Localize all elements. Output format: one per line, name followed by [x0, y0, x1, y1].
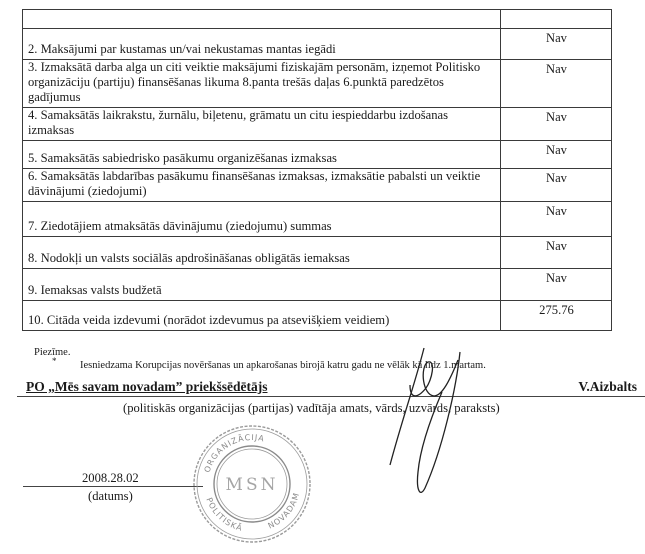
expense-amount: Nav — [501, 169, 612, 202]
expense-category: 3. Izmaksātā darba alga un citi veiktie … — [23, 60, 501, 108]
expense-category — [23, 10, 501, 29]
expense-category: 7. Ziedotājiem atmaksātās dāvinājumu (zi… — [23, 202, 501, 237]
expense-amount: 275.76 — [501, 301, 612, 331]
date-line — [23, 486, 203, 487]
expense-category: 10. Citāda veida izdevumi (norādot izdev… — [23, 301, 501, 331]
stamp-seal-icon: ORGANIZĀCIJA POLITISKĀ NOVADAM MSN — [190, 422, 315, 547]
expense-category: 2. Maksājumi par kustamas un/vai nekusta… — [23, 29, 501, 60]
note-marker: * — [52, 356, 57, 366]
expense-amount: Nav — [501, 269, 612, 301]
table-row: 6. Samaksātās labdarības pasākumu finans… — [23, 169, 612, 202]
handwritten-signature-icon — [380, 340, 500, 500]
table-row: 3. Izmaksātā darba alga un citi veiktie … — [23, 60, 612, 108]
table-row — [23, 10, 612, 29]
table-row: 10. Citāda veida izdevumi (norādot izdev… — [23, 301, 612, 331]
signature-line — [17, 396, 645, 397]
svg-text:ORGANIZĀCIJA: ORGANIZĀCIJA — [203, 433, 266, 474]
expense-category: 4. Samaksātās laikrakstu, žurnālu, biļet… — [23, 108, 501, 141]
table-row: 4. Samaksātās laikrakstu, žurnālu, biļet… — [23, 108, 612, 141]
table-row: 7. Ziedotājiem atmaksātās dāvinājumu (zi… — [23, 202, 612, 237]
signatory-position: PO „Mēs savam novadam” priekšsēdētājs — [26, 379, 268, 395]
expense-amount — [501, 10, 612, 29]
expenses-table: 2. Maksājumi par kustamas un/vai nekusta… — [22, 9, 612, 331]
table-row: 5. Samaksātās sabiedrisko pasākumu organ… — [23, 141, 612, 169]
expense-category: 6. Samaksātās labdarības pasākumu finans… — [23, 169, 501, 202]
expense-category: 8. Nodokļi un valsts sociālās apdrošināš… — [23, 237, 501, 269]
expense-amount: Nav — [501, 237, 612, 269]
table-row: 8. Nodokļi un valsts sociālās apdrošināš… — [23, 237, 612, 269]
expense-amount: Nav — [501, 60, 612, 108]
expense-category: 5. Samaksātās sabiedrisko pasākumu organ… — [23, 141, 501, 169]
svg-text:NOVADAM: NOVADAM — [267, 491, 302, 530]
expense-category: 9. Iemaksas valsts budžetā — [23, 269, 501, 301]
signatory-name: V.Aizbalts — [578, 379, 637, 395]
expense-amount: Nav — [501, 141, 612, 169]
expense-amount: Nav — [501, 108, 612, 141]
table-row: 2. Maksājumi par kustamas un/vai nekusta… — [23, 29, 612, 60]
expense-amount: Nav — [501, 202, 612, 237]
table-row: 9. Iemaksas valsts budžetāNav — [23, 269, 612, 301]
date-caption: (datums) — [88, 489, 133, 504]
date-value: 2008.28.02 — [82, 471, 139, 486]
svg-text:POLITISKĀ: POLITISKĀ — [204, 496, 244, 533]
svg-text:MSN: MSN — [226, 475, 279, 495]
expense-amount: Nav — [501, 29, 612, 60]
